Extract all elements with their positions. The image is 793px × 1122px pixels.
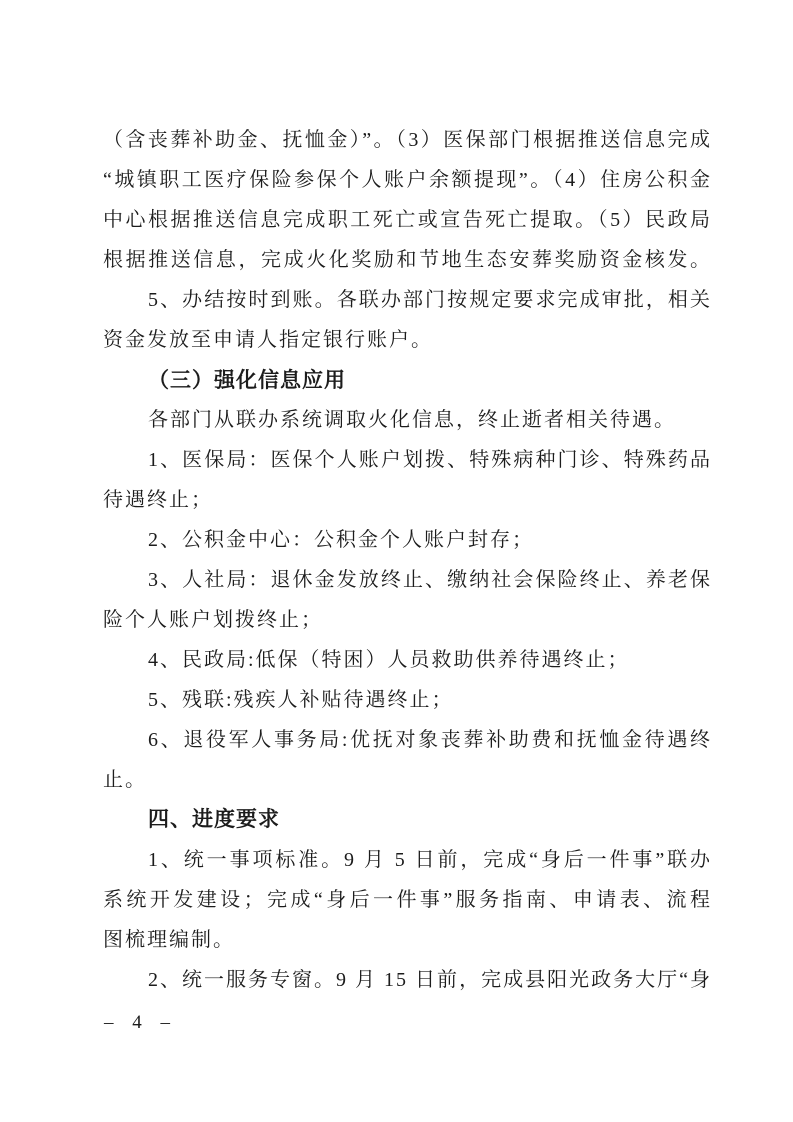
text-line: 根据推送信息，完成火化奖励和节地生态安葬奖励资金核发。	[103, 240, 712, 280]
document-page: （含丧葬补助金、抚恤金）”。（3）医保部门根据推送信息完成“城镇职工医疗保险参保…	[0, 0, 793, 1122]
document-body: （含丧葬补助金、抚恤金）”。（3）医保部门根据推送信息完成“城镇职工医疗保险参保…	[103, 120, 712, 1000]
text-line: 5、办结按时到账。各联办部门按规定要求完成审批，相关	[103, 280, 712, 320]
text-line: 2、统一服务专窗。9 月 15 日前，完成县阳光政务大厅“身	[103, 960, 712, 1000]
page-number: – 4 –	[104, 1008, 177, 1038]
section-heading: （三）强化信息应用	[103, 360, 712, 400]
text-line: 1、医保局：医保个人账户划拨、特殊病种门诊、特殊药品	[103, 440, 712, 480]
text-line: 中心根据推送信息完成职工死亡或宣告死亡提取。（5）民政局	[103, 200, 712, 240]
text-line: 1、统一事项标准。9 月 5 日前，完成“身后一件事”联办	[103, 840, 712, 880]
text-line: 3、人社局：退休金发放终止、缴纳社会保险终止、养老保	[103, 560, 712, 600]
text-line: “城镇职工医疗保险参保个人账户余额提现”。（4）住房公积金	[103, 160, 712, 200]
text-line: 止。	[103, 760, 712, 800]
text-line: 待遇终止；	[103, 480, 712, 520]
text-line: 2、公积金中心：公积金个人账户封存；	[103, 520, 712, 560]
text-line: 6、退役军人事务局:优抚对象丧葬补助费和抚恤金待遇终	[103, 720, 712, 760]
text-line: 险个人账户划拨终止；	[103, 600, 712, 640]
text-line: （含丧葬补助金、抚恤金）”。（3）医保部门根据推送信息完成	[103, 120, 712, 160]
text-line: 各部门从联办系统调取火化信息，终止逝者相关待遇。	[103, 400, 712, 440]
text-line: 资金发放至申请人指定银行账户。	[103, 320, 712, 360]
section-heading: 四、进度要求	[103, 800, 712, 840]
text-line: 4、民政局:低保（特困）人员救助供养待遇终止；	[103, 640, 712, 680]
text-line: 系统开发建设；完成“身后一件事”服务指南、申请表、流程	[103, 880, 712, 920]
text-line: 图梳理编制。	[103, 920, 712, 960]
text-line: 5、残联:残疾人补贴待遇终止；	[103, 680, 712, 720]
